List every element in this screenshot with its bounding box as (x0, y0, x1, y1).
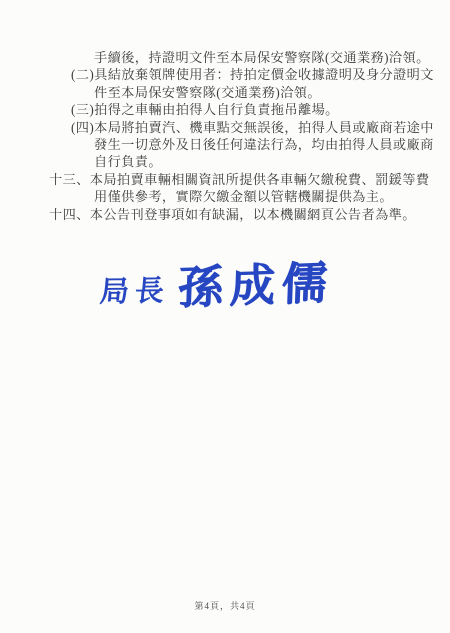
signature-name: 孫成儒 (177, 246, 335, 317)
text-line: 手續後，持證明文件至本局保安警察隊(交通業務)洽領。 (94, 49, 450, 66)
text-line: 發生一切意外及日後任何違法行為，均由拍得人員或廠商 (94, 136, 450, 153)
text-line: 自行負責。 (94, 153, 450, 170)
text-line: (二)具結放棄領牌使用者：持拍定價金收據證明及身分證明文 (71, 66, 450, 83)
signature: 局長 孫成儒 (99, 246, 335, 319)
body-text: 手續後，持證明文件至本局保安警察隊(交通業務)洽領。 (二)具結放棄領牌使用者：… (0, 49, 450, 223)
text-line: 十三、本局拍賣車輛相關資訊所提供各車輛欠繳稅費、罰鍰等費 (49, 171, 450, 188)
signature-title: 局長 (98, 268, 171, 310)
text-line: (三)拍得之車輛由拍得人自行負責拖吊離場。 (71, 101, 450, 118)
text-line: 用僅供參考，實際欠繳金額以管轄機關提供為主。 (94, 188, 450, 205)
document-page: 手續後，持證明文件至本局保安警察隊(交通業務)洽領。 (二)具結放棄領牌使用者：… (0, 0, 450, 633)
page-footer: 第4頁，共4頁 (0, 599, 450, 612)
text-line: 件至本局保安警察隊(交通業務)洽領。 (94, 84, 450, 101)
text-line: (四)本局將拍賣汽、機車點交無誤後，拍得人員或廠商若途中 (71, 119, 450, 136)
text-line: 十四、本公告刊登事項如有缺漏，以本機關網頁公告者為準。 (49, 206, 450, 223)
